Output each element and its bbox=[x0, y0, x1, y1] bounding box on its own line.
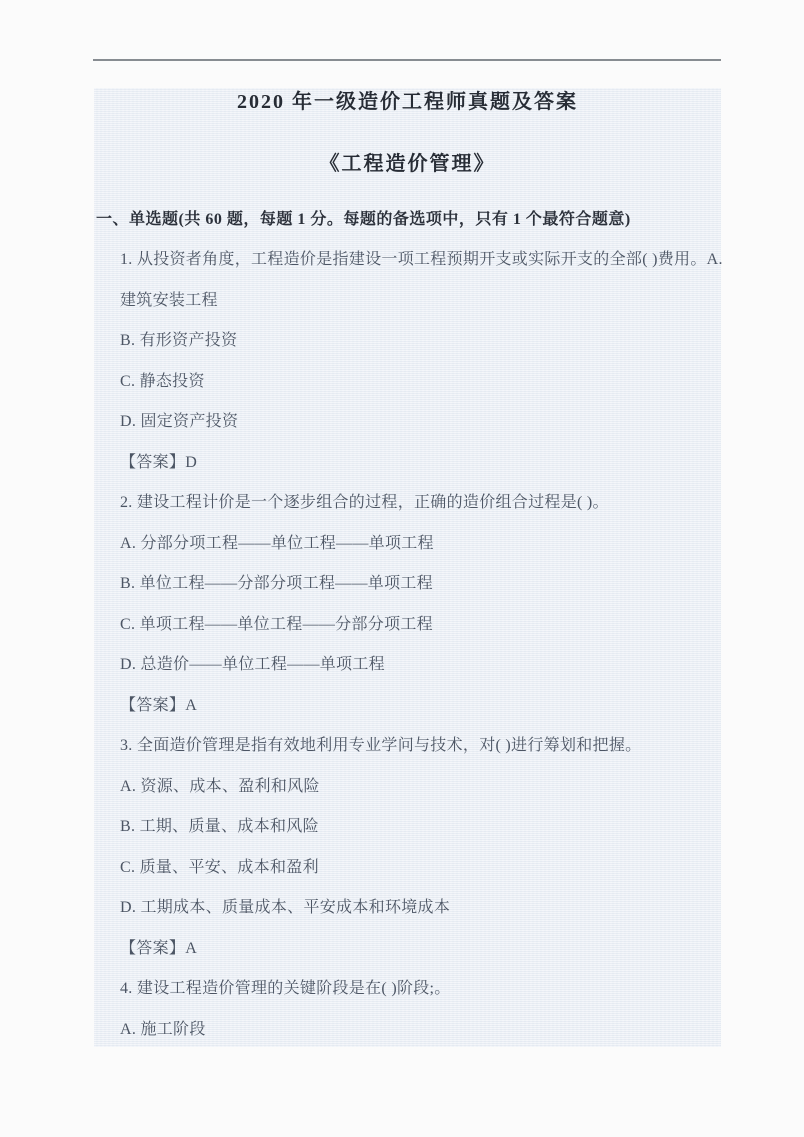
document-title: 2020 年一级造价工程师真题及答案 bbox=[94, 88, 721, 114]
option-line: B. 有形资产投资 bbox=[94, 321, 721, 362]
top-horizontal-rule bbox=[93, 59, 721, 61]
answer-line: 【答案】D bbox=[94, 443, 721, 484]
answer-line: 【答案】A bbox=[94, 929, 721, 970]
question-block-1: 1. 从投资者角度，工程造价是指建设一项工程预期开支或实际开支的全部( )费用。… bbox=[94, 240, 721, 483]
section-header: 一、单选题(共 60 题，每题 1 分。每题的备选项中，只有 1 个最符合题意) bbox=[94, 199, 721, 240]
option-line: C. 质量、平安、成本和盈利 bbox=[94, 848, 721, 889]
option-line: B. 单位工程——分部分项工程——单项工程 bbox=[94, 564, 721, 605]
option-line: C. 单项工程——单位工程——分部分项工程 bbox=[94, 605, 721, 646]
option-line: D. 总造价——单位工程——单项工程 bbox=[94, 645, 721, 686]
question-block-4: 4. 建设工程造价管理的关键阶段是在( )阶段;。 A. 施工阶段 bbox=[94, 969, 721, 1050]
option-line: A. 资源、成本、盈利和风险 bbox=[94, 767, 721, 808]
option-line: D. 固定资产投资 bbox=[94, 402, 721, 443]
question-block-3: 3. 全面造价管理是指有效地利用专业学问与技术，对( )进行筹划和把握。 A. … bbox=[94, 726, 721, 969]
option-line: C. 静态投资 bbox=[94, 362, 721, 403]
document-subtitle: 《工程造价管理》 bbox=[94, 152, 721, 176]
option-line: A. 分部分项工程——单位工程——单项工程 bbox=[94, 524, 721, 565]
document-page: 2020 年一级造价工程师真题及答案 《工程造价管理》 一、单选题(共 60 题… bbox=[94, 88, 721, 1047]
option-line: B. 工期、质量、成本和风险 bbox=[94, 807, 721, 848]
answer-line: 【答案】A bbox=[94, 686, 721, 727]
question-stem: 3. 全面造价管理是指有效地利用专业学问与技术，对( )进行筹划和把握。 bbox=[94, 726, 721, 767]
option-line: A. 施工阶段 bbox=[94, 1010, 721, 1051]
option-line: D. 工期成本、质量成本、平安成本和环境成本 bbox=[94, 888, 721, 929]
question-stem: 4. 建设工程造价管理的关键阶段是在( )阶段;。 bbox=[94, 969, 721, 1010]
question-stem: 2. 建设工程计价是一个逐步组合的过程，正确的造价组合过程是( )。 bbox=[94, 483, 721, 524]
question-stem: 1. 从投资者角度，工程造价是指建设一项工程预期开支或实际开支的全部( )费用。… bbox=[94, 240, 721, 281]
question-block-2: 2. 建设工程计价是一个逐步组合的过程，正确的造价组合过程是( )。 A. 分部… bbox=[94, 483, 721, 726]
question-stem-continuation: 建筑安装工程 bbox=[94, 281, 721, 322]
